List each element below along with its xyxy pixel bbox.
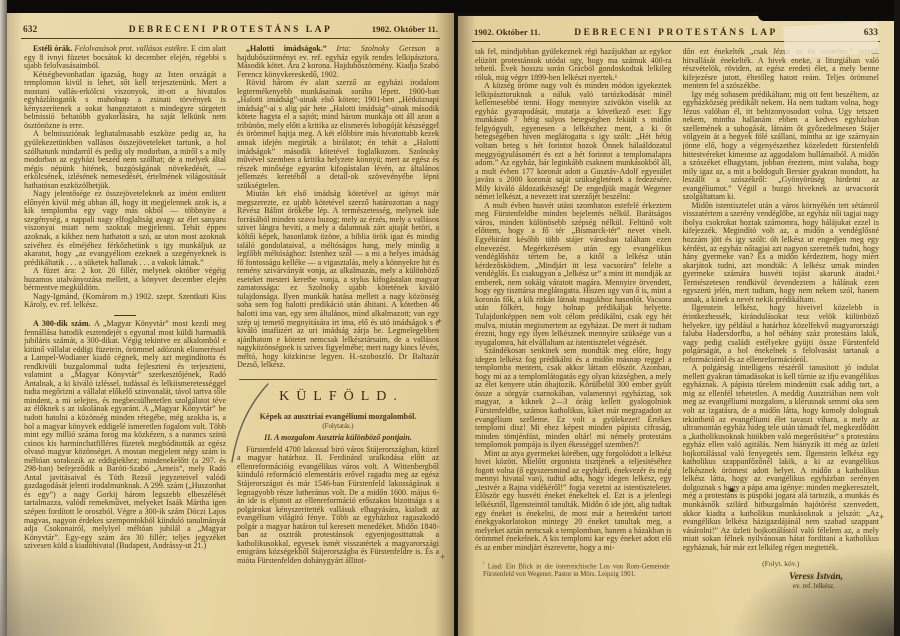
paragraph: tak fel, mindjobban gyülekeznek régi haz… bbox=[475, 48, 672, 82]
footnote-marker: ¹ bbox=[483, 561, 485, 567]
paragraph-lead-italic: Irta: Szolnoky Gerzson bbox=[336, 45, 435, 53]
paragraph: A község öröme nagy volt és minden módon… bbox=[475, 82, 672, 202]
paragraph: A füzet ára: 2 kor. 20 fillér, melynek o… bbox=[24, 267, 226, 293]
page-number: 633 bbox=[778, 28, 878, 38]
masthead-title: DEBRECENI PROTESTÁNS LAP bbox=[574, 28, 778, 38]
text-column: „Halotti imádságok.” Irta: Szolnoky Gerz… bbox=[237, 45, 439, 611]
text-column: tak fel, mindjobban gyülekeznek régi haz… bbox=[475, 48, 672, 614]
margin-pencil-mark: + bbox=[440, 552, 445, 562]
paragraph: „Halotti imádságok.” Irta: Szolnoky Gerz… bbox=[237, 45, 439, 79]
paragraph: Rövid három év alatt szerző az egyházi i… bbox=[237, 79, 439, 190]
page-left-632: 632 DEBRECENI PROTESTÁNS LAP 1902. Októb… bbox=[7, 13, 454, 636]
paragraph: Szándékosan senkinek sem mondták meg elő… bbox=[475, 347, 672, 450]
masthead-title: DEBRECENI PROTESTÁNS LAP bbox=[129, 25, 333, 35]
ink-speck bbox=[729, 488, 734, 492]
scanned-newspaper-spread: 632 DEBRECENI PROTESTÁNS LAP 1902. Októb… bbox=[0, 0, 900, 636]
margin-pencil-mark: + bbox=[437, 316, 442, 326]
author-name: Veress István, bbox=[683, 572, 844, 582]
paragraph: Ilgenstein lelkész, hogy hiveivel közele… bbox=[683, 304, 880, 364]
paragraph-lead: A 300-dik szám. bbox=[33, 319, 94, 328]
paragraph: Estéli órák. Felolvasások prot. vallásos… bbox=[24, 45, 226, 71]
text-columns: tak fel, mindjobban gyülekeznek régi haz… bbox=[458, 42, 894, 614]
paragraph-lead: „Halotti imádságok.” bbox=[246, 45, 336, 53]
author-role: ev. ref. lelkész. bbox=[683, 582, 844, 590]
paragraph: Mint az atya gyermekei körében, ugy forg… bbox=[475, 450, 672, 553]
author-signature: Veress István,ev. ref. lelkész. bbox=[683, 572, 880, 590]
pencil-checkmark bbox=[226, 380, 272, 464]
margin-pencil-mark: + bbox=[879, 512, 884, 522]
paragraph: Miután két első imádság kötetével az igé… bbox=[237, 190, 439, 369]
text-column: Estéli órák. Felolvasások prot. vallásos… bbox=[24, 45, 226, 611]
scan-edge-left bbox=[0, 0, 7, 636]
paragraph: Kétségbevonhatlan igazság, hogy az Isten… bbox=[24, 71, 226, 131]
paragraph: A 300-dik szám. A „Magyar Könyvtár” most… bbox=[24, 320, 226, 551]
paragraph: Midőn istentisztelet után a város környé… bbox=[683, 202, 880, 305]
footnote: ¹ Lásd: Ein Blick in die österreichische… bbox=[475, 561, 672, 578]
article-divider bbox=[114, 315, 136, 316]
paragraph: A belmissziónak leghatalmasabb eszköze p… bbox=[24, 130, 226, 190]
issue-date: 1902. Október 11. bbox=[332, 24, 438, 34]
to-be-continued: (Folyt. köv.) bbox=[683, 559, 880, 568]
paragraph: A polgárság intelligens részéről tanusit… bbox=[683, 364, 880, 552]
paragraph-lead-italic: Felolvasások prot. vallásos estékre. bbox=[74, 45, 191, 53]
page-number: 632 bbox=[23, 25, 129, 35]
text-columns: Estéli órák. Felolvasások prot. vallásos… bbox=[7, 39, 454, 611]
paragraph: Nagy-Igmánd, (Komárom m.) 1902. szept. S… bbox=[24, 293, 226, 310]
page-header-left: 632 DEBRECENI PROTESTÁNS LAP 1902. Októb… bbox=[7, 13, 454, 37]
paragraph: Igy még sohasem prédikáltam; mig ott fen… bbox=[683, 91, 880, 202]
issue-date: 1902. Október 11. bbox=[474, 27, 574, 37]
scan-edge-right bbox=[894, 0, 900, 636]
page-right-633: 1902. Október 11. DEBRECENI PROTESTÁNS L… bbox=[458, 16, 894, 636]
text-column: dőn ezt énekelték „csak Jézus az én veze… bbox=[683, 48, 880, 614]
paragraph-lead: Estéli órák. bbox=[33, 45, 74, 53]
scanner-background-top-right bbox=[758, 0, 900, 21]
paragraph: A mult évben husvét utáni szombaton este… bbox=[475, 202, 672, 347]
paragraph: Nagy jelentősége ez összejöveteleknek az… bbox=[24, 190, 226, 267]
